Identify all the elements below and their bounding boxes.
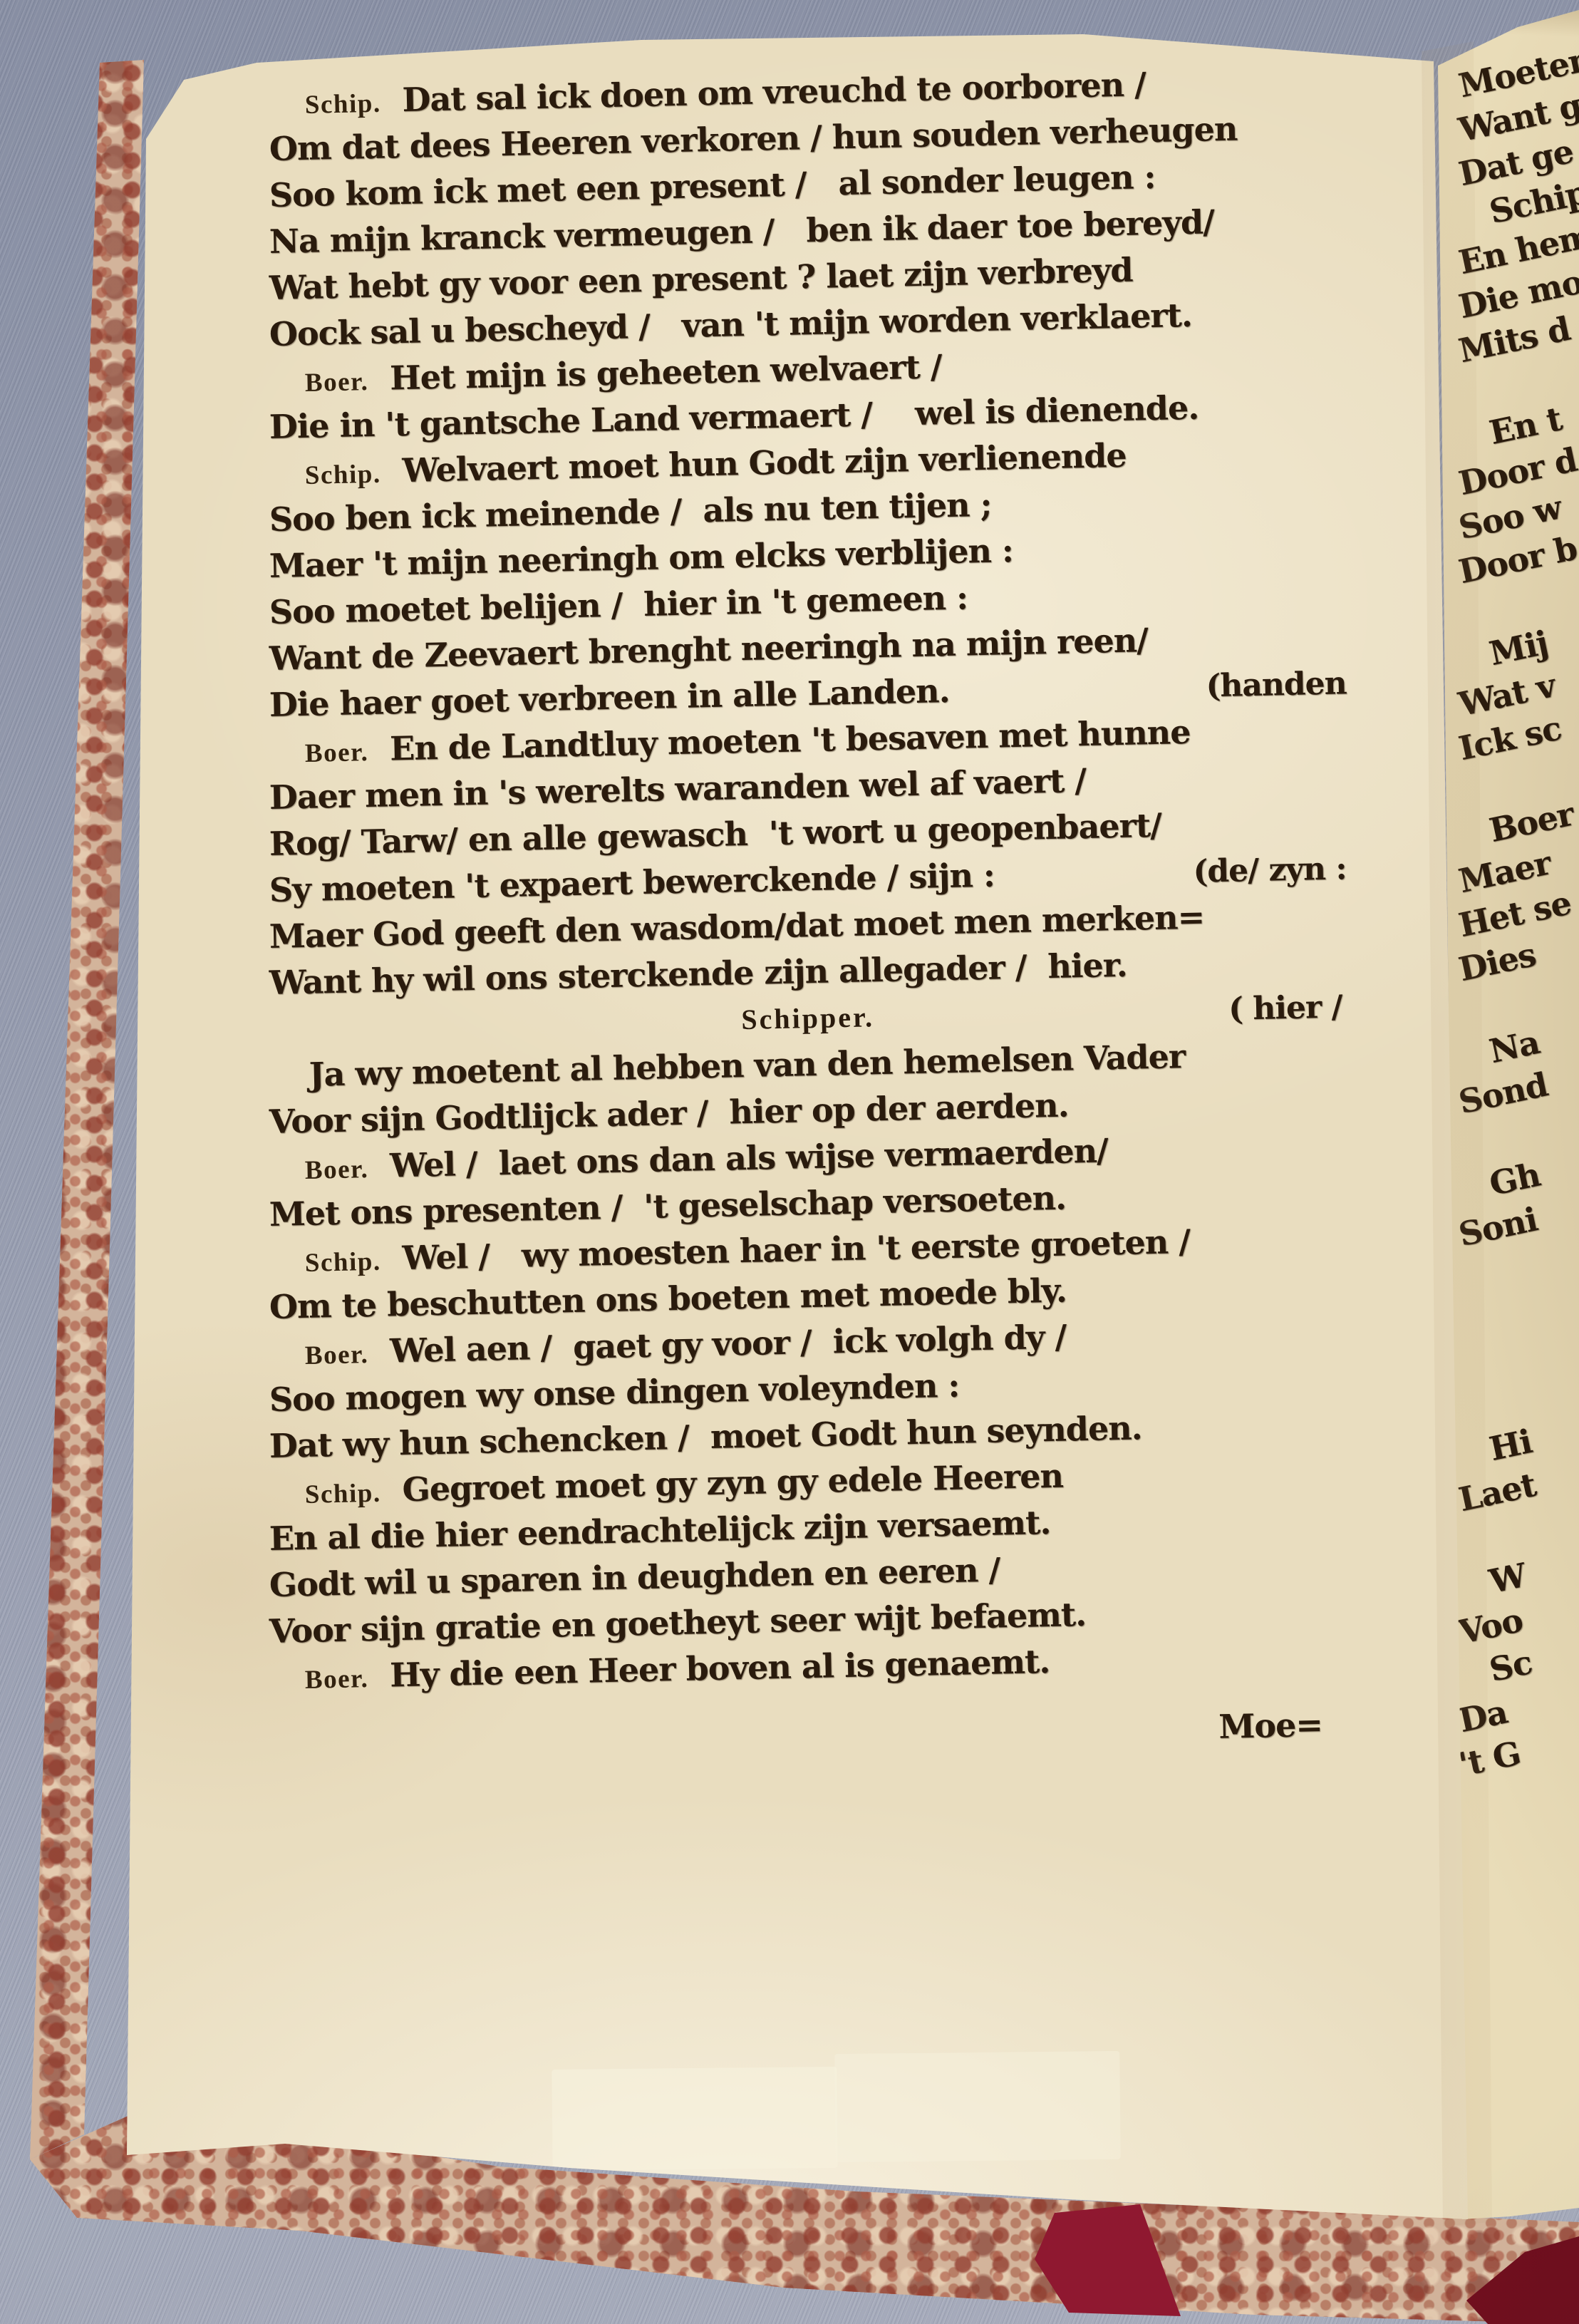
paper-repair-patch bbox=[834, 2051, 1121, 2162]
paper-repair-patch bbox=[552, 2067, 837, 2171]
photo-old-book-on-fabric: MoetenWant gDat geSchipEn hemDie moMits … bbox=[0, 0, 1579, 2324]
catchword-row: Moe= bbox=[269, 0, 1347, 1759]
right-page-fragments: MoetenWant gDat geSchipEn hemDie moMits … bbox=[1459, 64, 1579, 1787]
left-page: Schip.Dat sal ick doen om vreuchd te oor… bbox=[0, 0, 1579, 2324]
catchword: Moe= bbox=[269, 1701, 1347, 1770]
